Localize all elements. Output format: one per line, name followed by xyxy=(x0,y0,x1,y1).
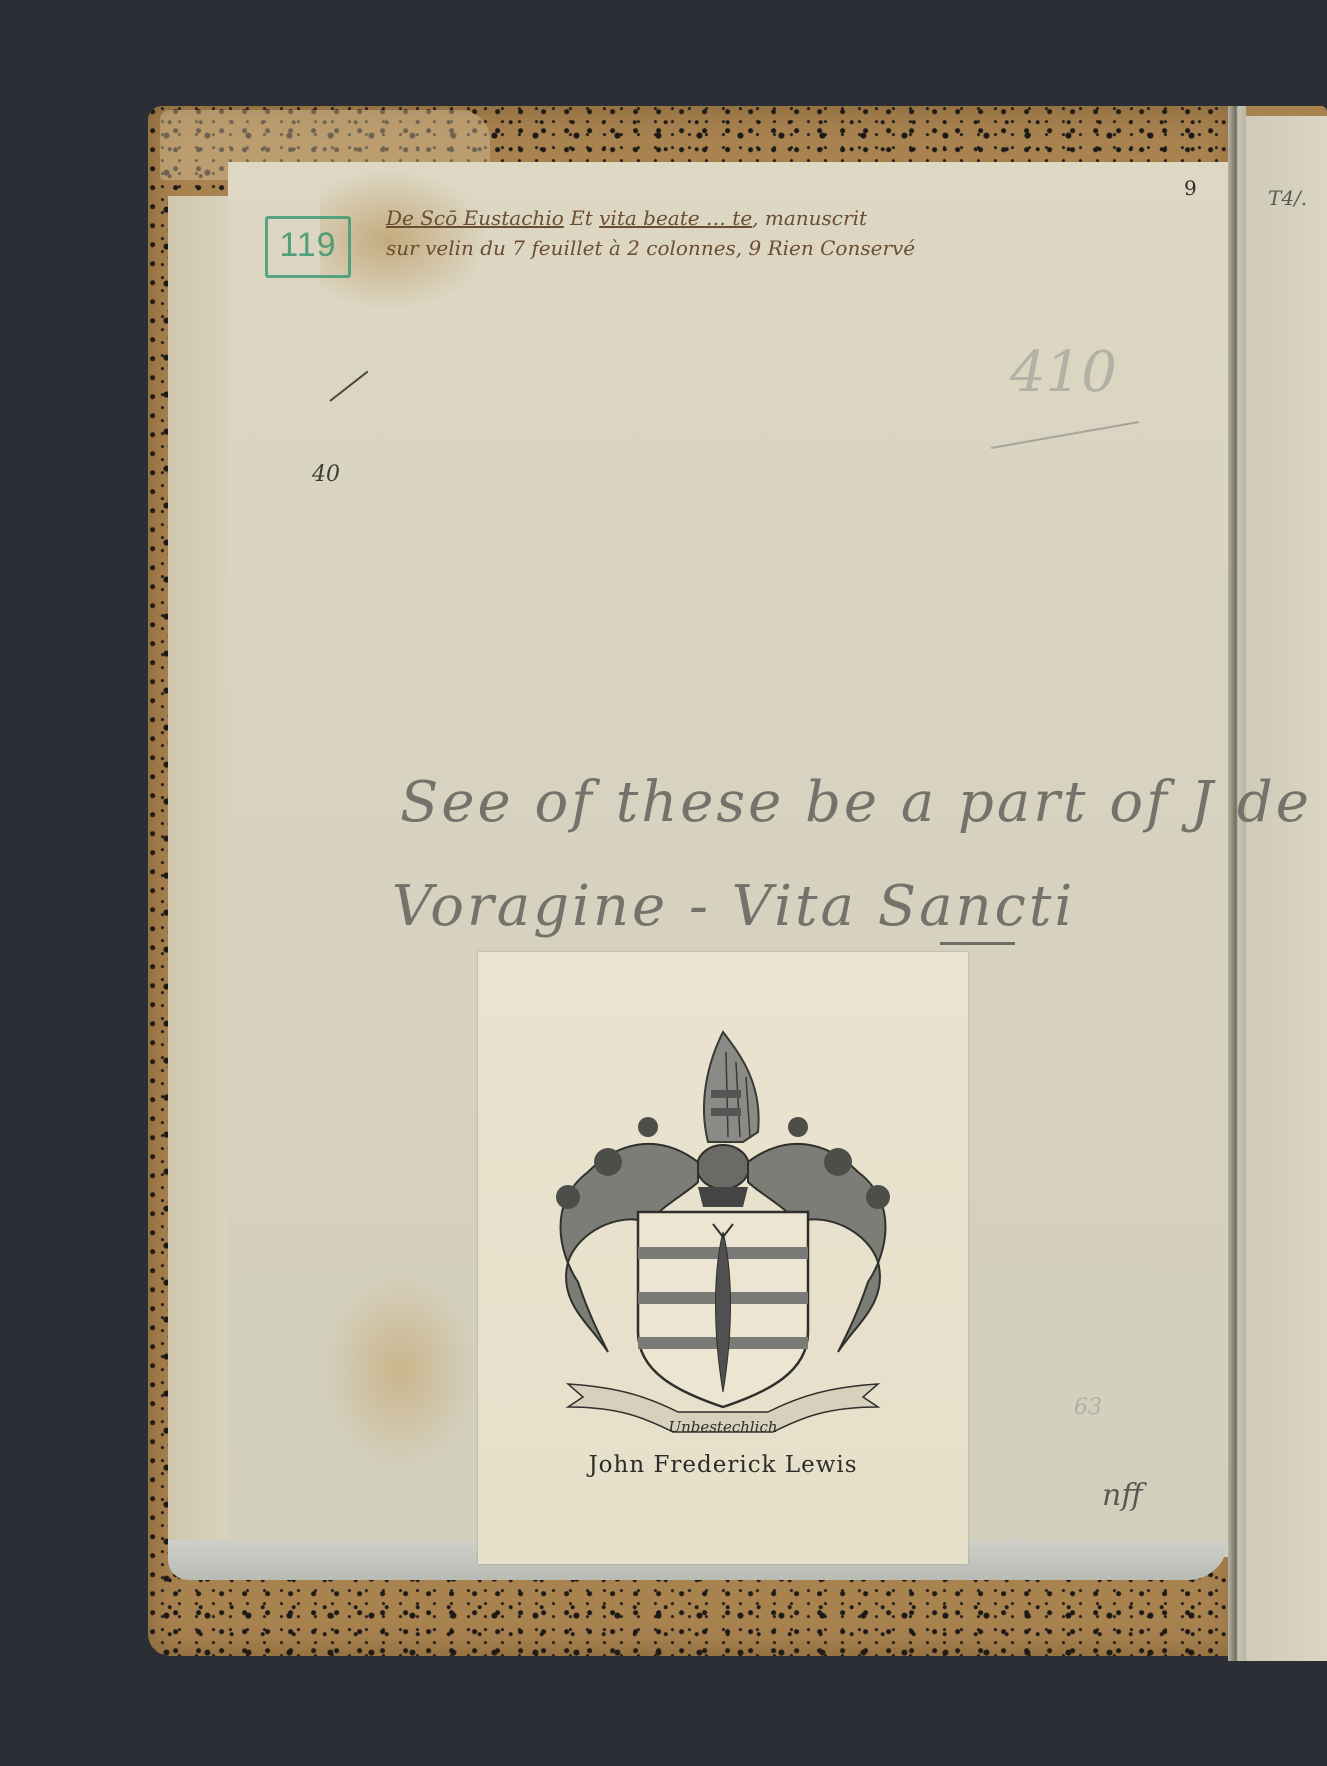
pencil-number-410: 410 xyxy=(1010,340,1117,405)
facing-page-note: T4/. xyxy=(1268,186,1307,210)
coat-of-arms-icon xyxy=(528,1012,918,1442)
bookplate-motto: Unbestechlich xyxy=(478,1418,968,1436)
bookplate-owner-name: John Frederick Lewis xyxy=(478,1452,968,1478)
water-stain-bottom xyxy=(320,1270,480,1470)
shelfmark-stamp: 119 xyxy=(265,216,351,278)
ink-annotation-line-2: sur velin du 7 feuillet à 2 colonnes, 9 … xyxy=(386,236,915,260)
ink-title-underlined: De Scō Eustachio xyxy=(386,206,564,230)
ink-subtitle-underlined: vita beate … te xyxy=(599,206,752,230)
facing-page-edge xyxy=(1246,116,1327,1661)
ink-descriptor: , manuscrit xyxy=(752,206,867,230)
pencil-note-line-1: See of these be a part of J de xyxy=(400,770,1312,835)
bookplate: Unbestechlich John Frederick Lewis xyxy=(478,952,968,1564)
ink-conjunction: Et xyxy=(564,206,599,230)
pencil-number-40: 40 xyxy=(312,462,340,487)
ink-annotation-line-1: De Scō Eustachio Et vita beate … te, man… xyxy=(386,206,867,230)
pencil-corner-mark: nff xyxy=(1102,1478,1143,1513)
book-gutter xyxy=(1228,106,1246,1661)
pencil-note-line-2: Voragine - Vita Sancti xyxy=(392,874,1075,939)
folio-number: 9 xyxy=(1184,176,1197,200)
pencil-note-underline xyxy=(940,942,1015,945)
pencil-faint-number: 63 xyxy=(1074,1395,1102,1420)
